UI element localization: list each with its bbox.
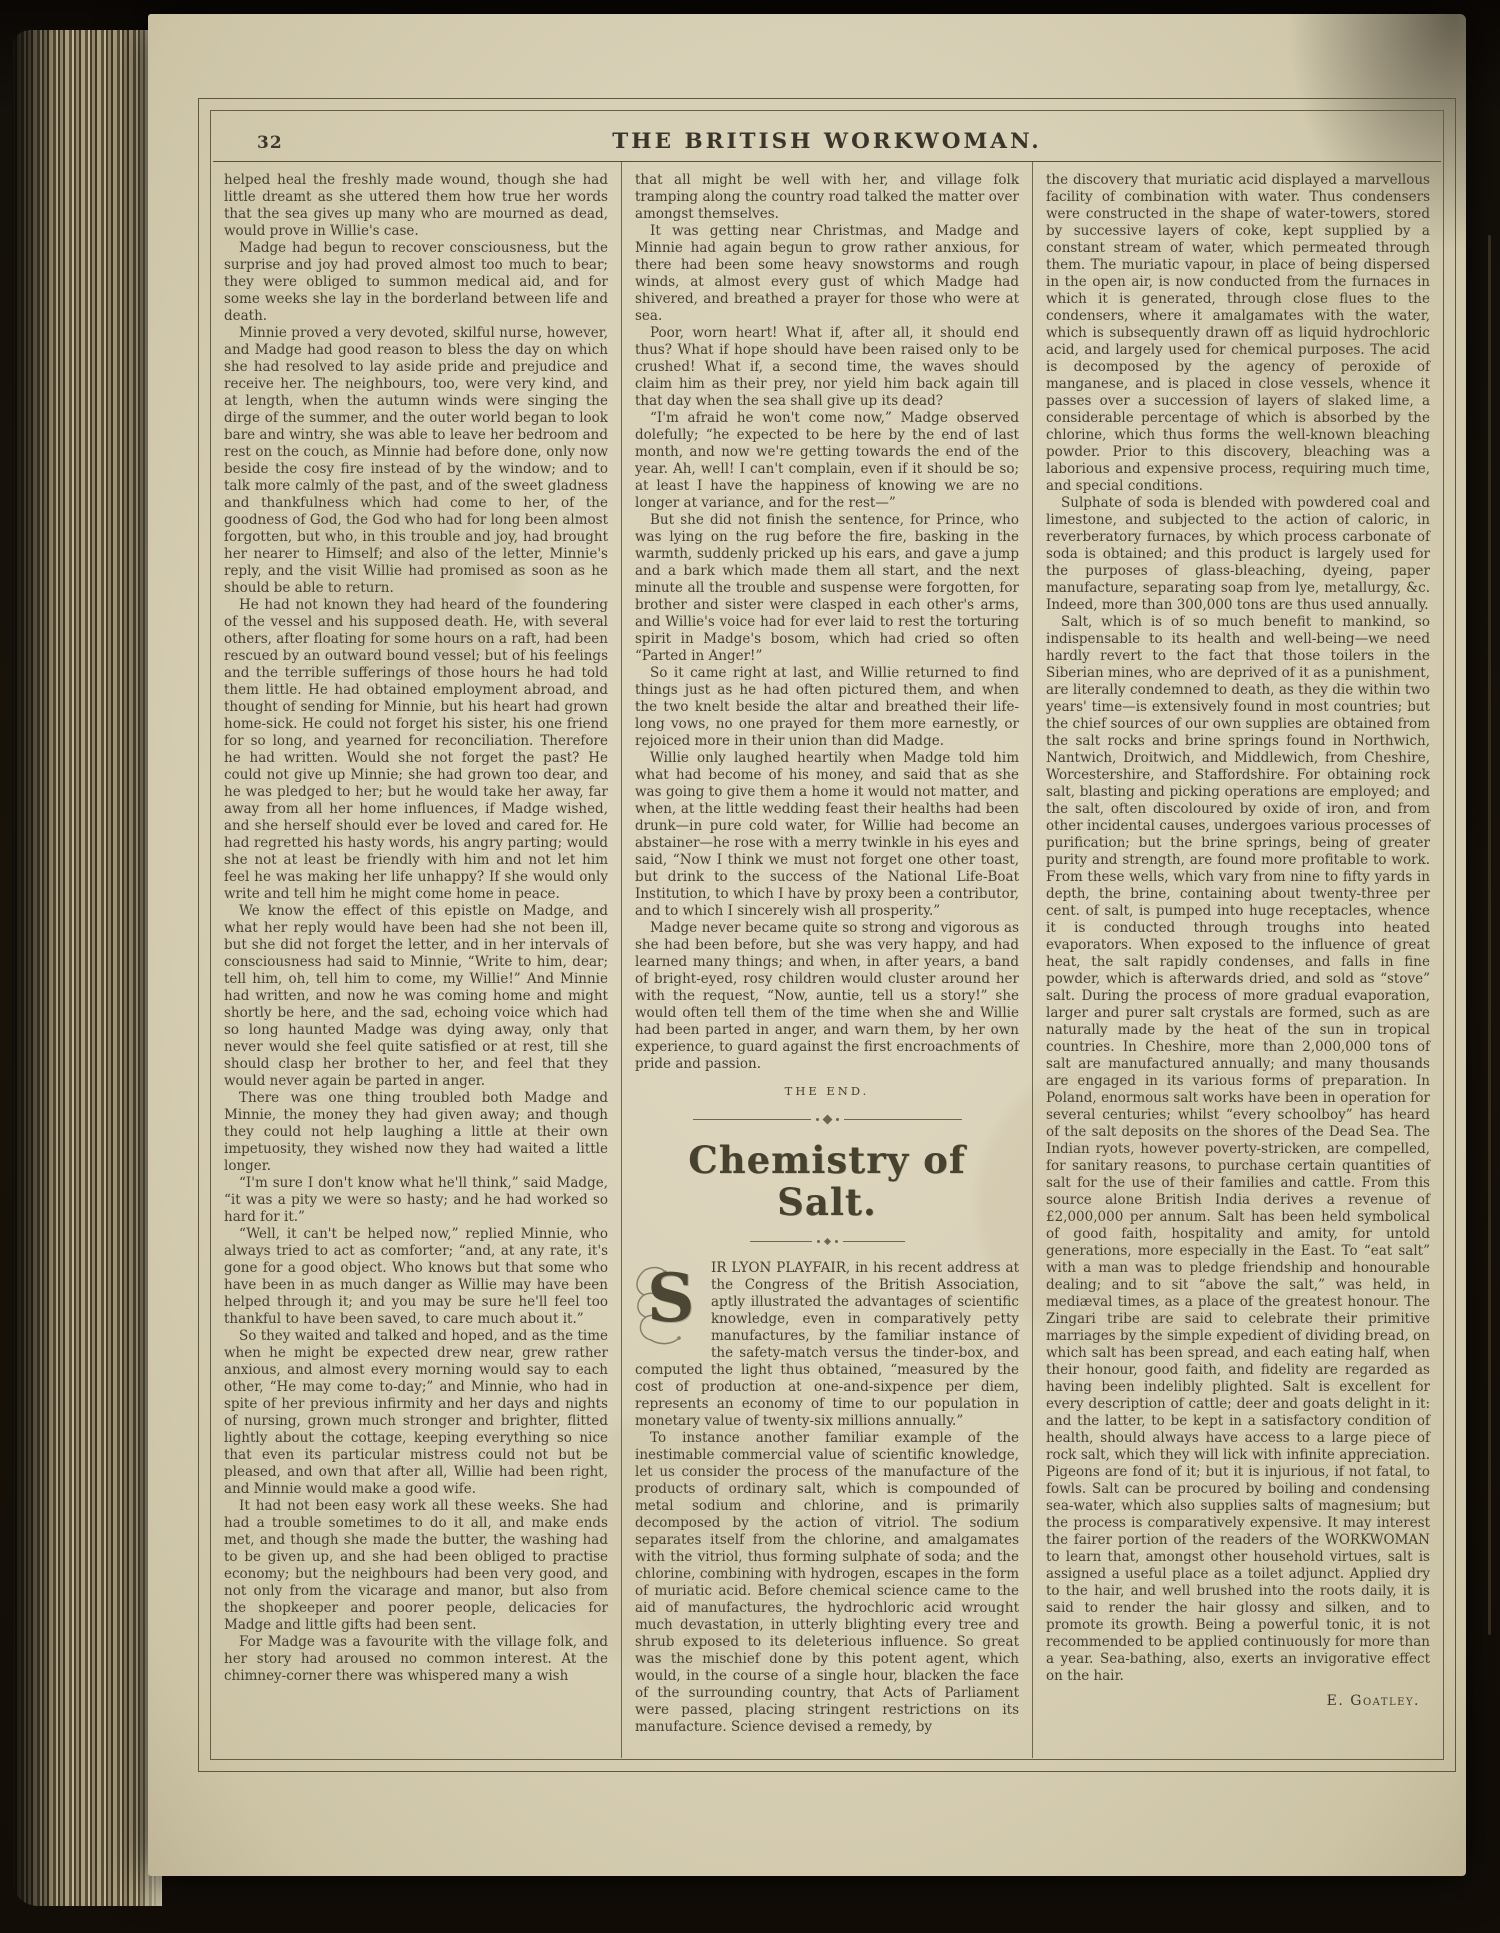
paragraph: Salt, which is of so much benefit to man… (1046, 614, 1430, 1685)
story-end-label: THE END. (635, 1083, 1019, 1100)
journal-title: THE BRITISH WORKWOMAN. (213, 129, 1441, 154)
divider-ornament-icon (635, 1239, 1019, 1244)
paragraph: “Well, it can't be helped now,” replied … (224, 1226, 608, 1328)
paragraph: So they waited and talked and hoped, and… (224, 1328, 608, 1498)
column-2: that all might be well with her, and vil… (621, 162, 1032, 1758)
paragraph: There was one thing troubled both Madge … (224, 1090, 608, 1175)
paragraph: that all might be well with her, and vil… (635, 172, 1019, 223)
printed-frame-inner: 32 THE BRITISH WORKWOMAN. helped heal th… (210, 110, 1444, 1760)
paragraph: Willie only laughed heartily when Madge … (635, 750, 1019, 920)
article-title: Chemistry of Salt. (635, 1139, 1019, 1223)
column-1: helped heal the freshly made wound, thou… (211, 162, 621, 1758)
text-columns: helped heal the freshly made wound, thou… (211, 162, 1443, 1758)
masthead: 32 THE BRITISH WORKWOMAN. (213, 111, 1441, 162)
paragraph: For Madge was a favourite with the villa… (224, 1634, 608, 1685)
paragraph: helped heal the freshly made wound, thou… (224, 172, 608, 240)
paragraph: He had not known they had heard of the f… (224, 597, 608, 903)
dropcap: S (635, 1262, 705, 1346)
paragraph: It had not been easy work all these week… (224, 1498, 608, 1634)
book-page-edges (12, 30, 162, 1906)
divider-ornament-icon (635, 1116, 1019, 1123)
author-signature: E. Goatley. (1046, 1693, 1430, 1710)
printed-frame-outer: 32 THE BRITISH WORKWOMAN. helped heal th… (198, 98, 1456, 1772)
paragraph: Poor, worn heart! What if, after all, it… (635, 325, 1019, 410)
paper-sheet: 32 THE BRITISH WORKWOMAN. helped heal th… (148, 14, 1466, 1876)
facing-page-edge (1488, 235, 1491, 1635)
paragraph: So it came right at last, and Willie ret… (635, 665, 1019, 750)
dropcap-letter: S (647, 1256, 695, 1340)
paragraph: Madge never became quite so strong and v… (635, 920, 1019, 1073)
paragraph: We know the effect of this epistle on Ma… (224, 903, 608, 1090)
paragraph: Madge had begun to recover consciousness… (224, 240, 608, 325)
column-3: the discovery that muriatic acid display… (1032, 162, 1443, 1758)
paragraph: But she did not finish the sentence, for… (635, 512, 1019, 665)
article-opening-paragraph: S IR LYON PLAYFAIR, in his recent addres… (635, 1260, 1019, 1430)
paragraph: Minnie proved a very devoted, skilful nu… (224, 325, 608, 597)
paragraph: To instance another familiar example of … (635, 1430, 1019, 1736)
paragraph: the discovery that muriatic acid display… (1046, 172, 1430, 495)
paragraph: “I'm sure I don't know what he'll think,… (224, 1175, 608, 1226)
paragraph: “I'm afraid he won't come now,” Madge ob… (635, 410, 1019, 512)
paragraph: Sulphate of soda is blended with powdere… (1046, 495, 1430, 614)
paragraph: It was getting near Christmas, and Madge… (635, 223, 1019, 325)
scanned-book-page: 32 THE BRITISH WORKWOMAN. helped heal th… (0, 0, 1500, 1933)
